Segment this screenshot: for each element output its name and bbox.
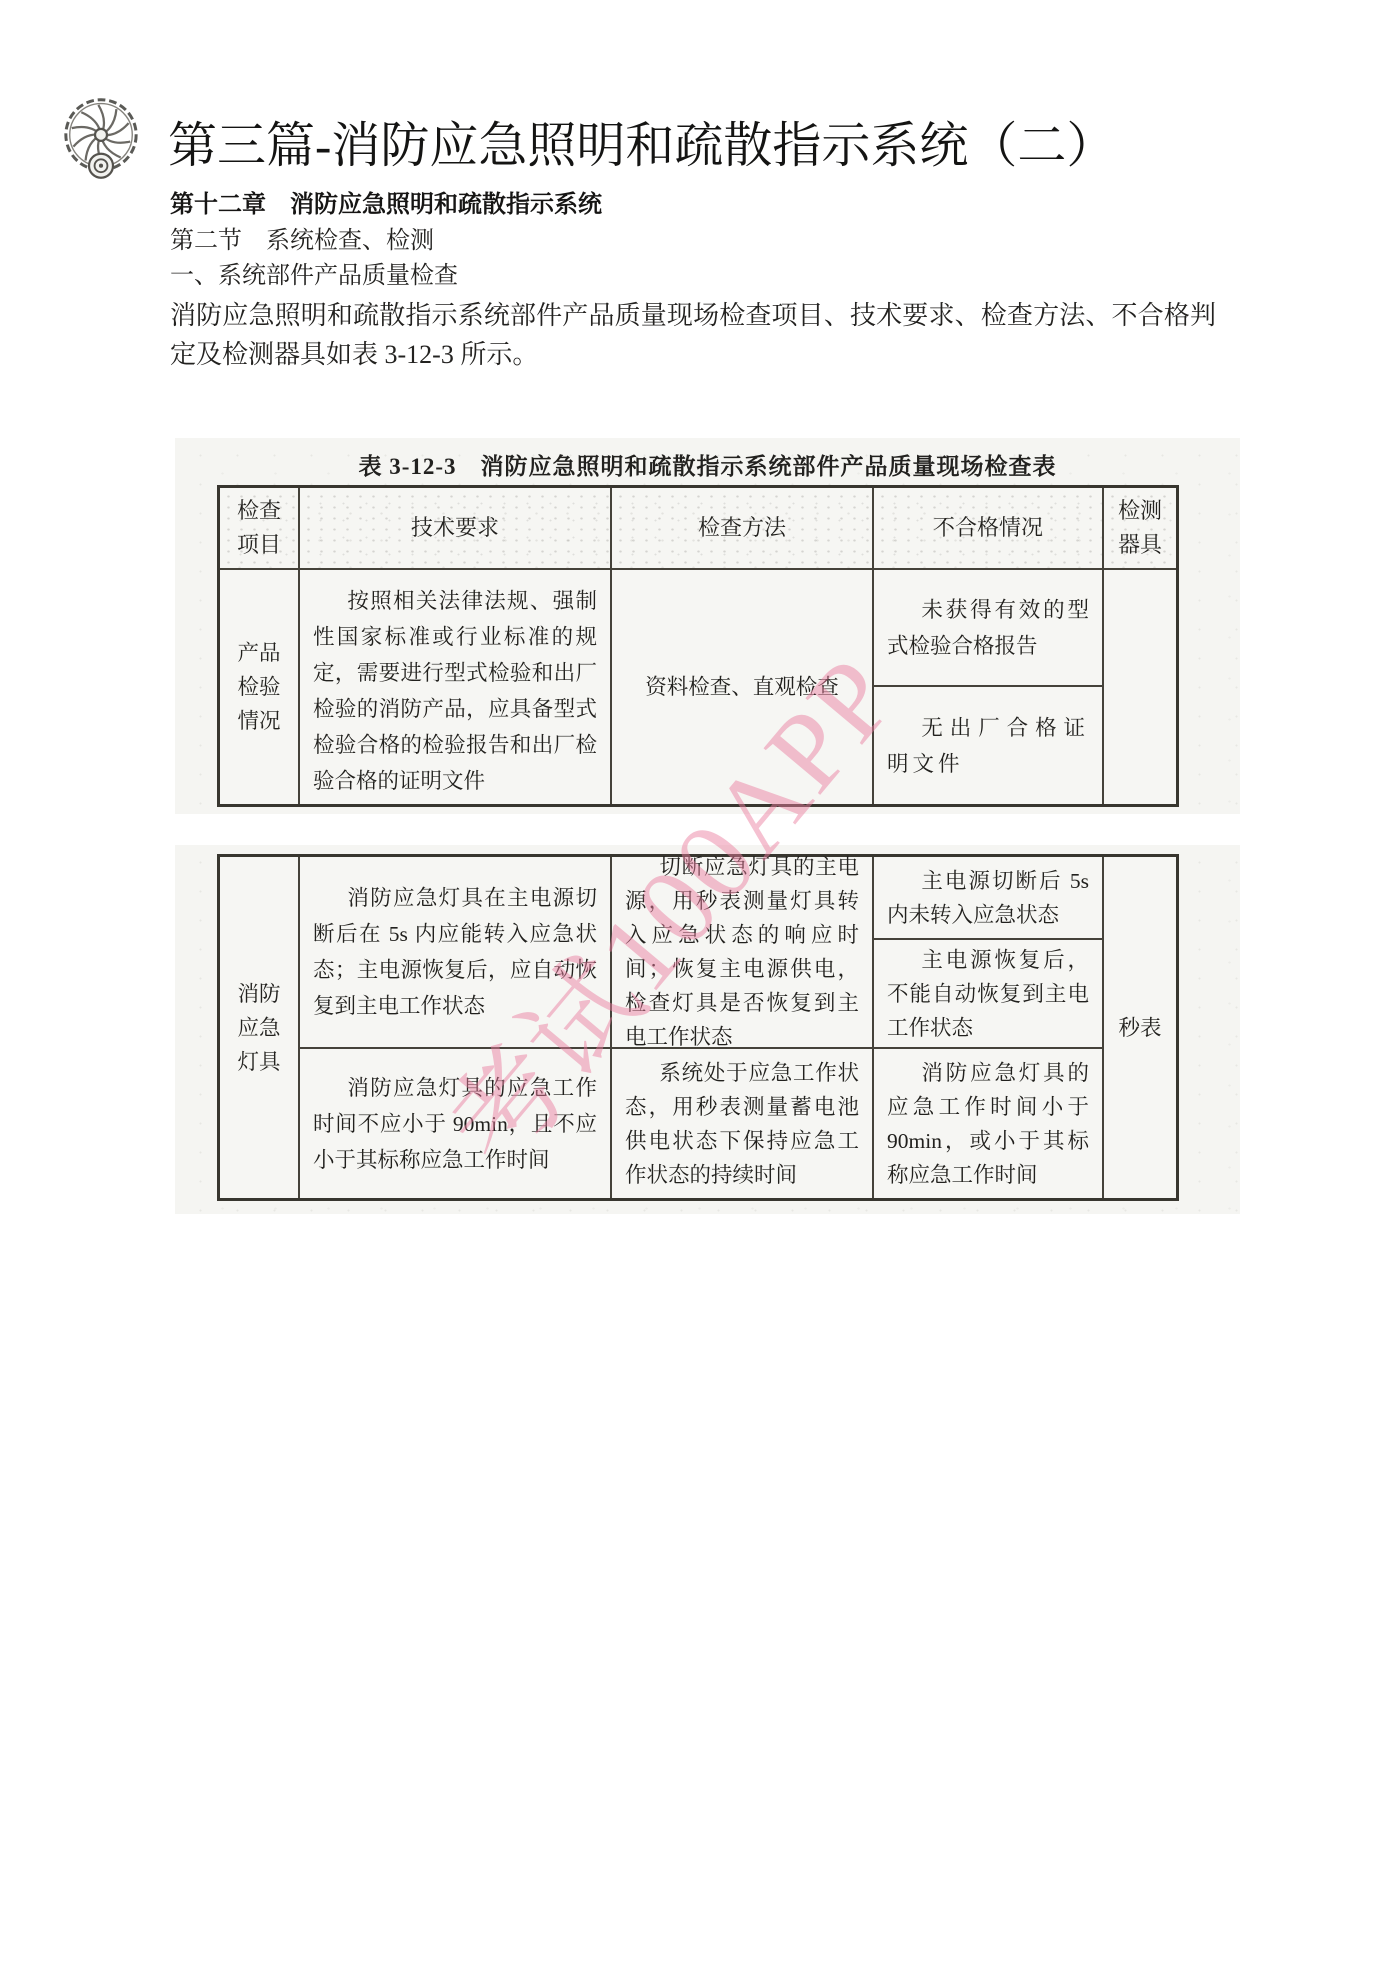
intro-paragraph: 消防应急照明和疏散指示系统部件产品质量现场检查项目、技术要求、检查方法、不合格判… <box>170 296 1216 374</box>
row1-requirement-cell: 按照相关法律法规、强制性国家标准或行业标准的规定，需要进行型式检验和出厂检验的消… <box>300 570 612 804</box>
scanned-table-block-2: 消防应急灯具 消防应急灯具在主电源切断后在 5s 内应能转入应急状态；主电源恢复… <box>175 845 1240 1214</box>
row2b-failure-cell: 消防应急灯具的应急工作时间小于 90min，或小于其标称应急工作时间 <box>874 1049 1104 1198</box>
column-header-item: 检查项目 <box>220 488 300 570</box>
row1-item-cell: 产品检验情况 <box>220 570 300 804</box>
inspection-table-part2: 消防应急灯具 消防应急灯具在主电源切断后在 5s 内应能转入应急状态；主电源恢复… <box>217 854 1179 1201</box>
subsection-heading: 一、系统部件产品质量检查 <box>170 261 458 291</box>
chapter-heading: 第十二章 消防应急照明和疏散指示系统 <box>170 190 602 220</box>
column-header-method: 检查方法 <box>612 488 874 570</box>
column-header-instrument: 检测器具 <box>1104 488 1176 570</box>
document-page: 第三篇-消防应急照明和疏散指示系统（二） 第十二章 消防应急照明和疏散指示系统 … <box>0 0 1389 1964</box>
page-title: 第三篇-消防应急照明和疏散指示系统（二） <box>168 116 1268 176</box>
row2b-requirement-cell: 消防应急灯具的应急工作时间不应小于 90min，且不应小于其标称应急工作时间 <box>300 1049 612 1198</box>
row2a-requirement-cell: 消防应急灯具在主电源切断后在 5s 内应能转入应急状态；主电源恢复后，应自动恢复… <box>300 857 612 1049</box>
scanned-table-block-1: 表 3-12-3 消防应急照明和疏散指示系统部件产品质量现场检查表 检查项目 技… <box>175 438 1240 814</box>
row1-instrument-cell <box>1104 570 1176 804</box>
row1-failure-cell-b: 无出厂合格证明文件 <box>874 687 1104 804</box>
row2a-failure-cell-b: 主电源恢复后，不能自动恢复到主电工作状态 <box>874 940 1104 1049</box>
section-heading: 第二节 系统检查、检测 <box>170 226 434 256</box>
table-caption: 表 3-12-3 消防应急照明和疏散指示系统部件产品质量现场检查表 <box>175 448 1240 481</box>
row2-instrument-cell: 秒表 <box>1104 857 1176 1198</box>
row1-failure-cell-a: 未获得有效的型式检验合格报告 <box>874 570 1104 687</box>
row2a-method-cell: 切断应急灯具的主电源，用秒表测量灯具转入应急状态的响应时间；恢复主电源供电，检查… <box>612 857 874 1049</box>
column-header-failure: 不合格情况 <box>874 488 1104 570</box>
row1-method-cell: 资料检查、直观检查 <box>612 570 874 804</box>
row2a-failure-cell-a: 主电源切断后 5s 内未转入应急状态 <box>874 857 1104 940</box>
row2b-method-cell: 系统处于应急工作状态，用秒表测量蓄电池供电状态下保持应急工作状态的持续时间 <box>612 1049 874 1198</box>
pinwheel-seal-icon <box>58 92 144 188</box>
pinwheel-seal-logo <box>58 92 144 188</box>
column-header-requirement: 技术要求 <box>300 488 612 570</box>
row2-item-cell: 消防应急灯具 <box>220 857 300 1198</box>
inspection-table-part1: 检查项目 技术要求 检查方法 不合格情况 检测器具 产品检验情况 按照相关法律法… <box>217 485 1179 807</box>
